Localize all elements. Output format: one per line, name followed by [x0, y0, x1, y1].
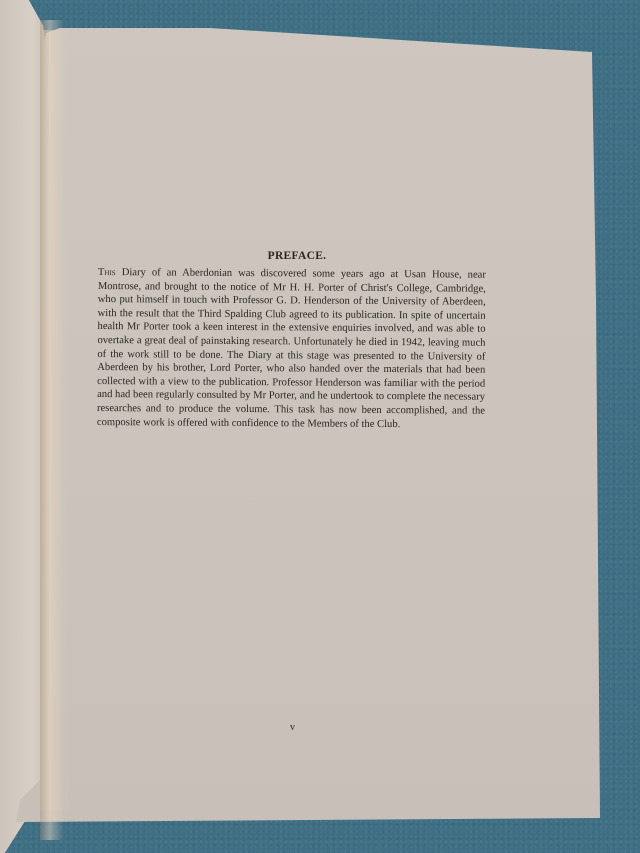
binding-shadow [40, 20, 64, 840]
preface-section: PREFACE. This Diary of an Aberdonian was… [98, 250, 486, 429]
preface-body: This Diary of an Aberdonian was discover… [97, 266, 486, 432]
preface-body-text: Diary of an Aberdonian was discovered so… [97, 267, 486, 430]
preface-heading: PREFACE. [98, 250, 486, 262]
page-number: v [290, 722, 295, 733]
preface-lead-word: This [98, 267, 116, 278]
book-photo: PREFACE. This Diary of an Aberdonian was… [0, 0, 640, 853]
